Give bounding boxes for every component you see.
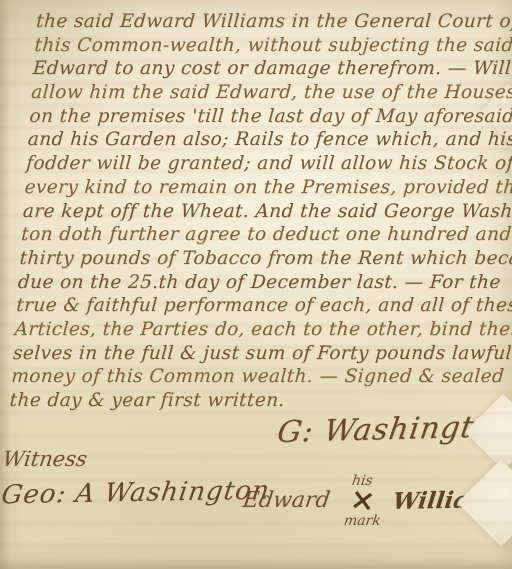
x-mark-icon: × (348, 486, 376, 515)
manuscript-line: true & faithful performance of each, and… (15, 294, 488, 318)
his-mark-stack: his × mark (344, 474, 381, 528)
manuscript-line: Edward to any cost or damage therefrom. … (32, 57, 505, 81)
manuscript-line: on the premises 'till the last day of Ma… (29, 105, 502, 129)
manuscript-line: this Common-wealth, without subjecting t… (34, 34, 507, 58)
paper-bottom-edge-shadow (0, 555, 512, 569)
witness-label: Witness (1, 447, 88, 471)
manuscript-body: the said Edward Williams in the General … (9, 10, 508, 413)
manuscript-line: Articles, the Parties do, each to the ot… (14, 318, 487, 342)
manuscript-line: the day & year first written. (9, 389, 482, 413)
manuscript-line: thirty pounds of Tobacco from the Rent w… (19, 247, 492, 271)
mark-label: mark (343, 514, 382, 528)
manuscript-line: money of this Common wealth. — Signed & … (10, 365, 483, 389)
manuscript-line: due on the 25.th day of December last. —… (17, 271, 490, 295)
manuscript-line: the said Edward Williams in the General … (35, 10, 508, 34)
manuscript-line: selves in the full & just sum of Forty p… (12, 342, 485, 366)
repair-patch (457, 459, 512, 547)
manuscript-line: are kept off the Wheat. And the said Geo… (22, 200, 495, 224)
manuscript-line: fodder will be granted; and will allow h… (25, 152, 498, 176)
manuscript-line: ton doth further agree to deduct one hun… (20, 223, 493, 247)
mark-signer-first-name: Edward (241, 488, 331, 513)
manuscript-line: and his Garden also; Rails to fence whic… (27, 128, 500, 152)
signature-geo-a-washington: Geo: A Washington (0, 476, 272, 511)
manuscript-line: allow him the said Edward, the use of th… (30, 81, 503, 105)
manuscript-page: the said Edward Williams in the General … (0, 0, 512, 569)
manuscript-line: every kind to remain on the Premises, pr… (24, 176, 497, 200)
